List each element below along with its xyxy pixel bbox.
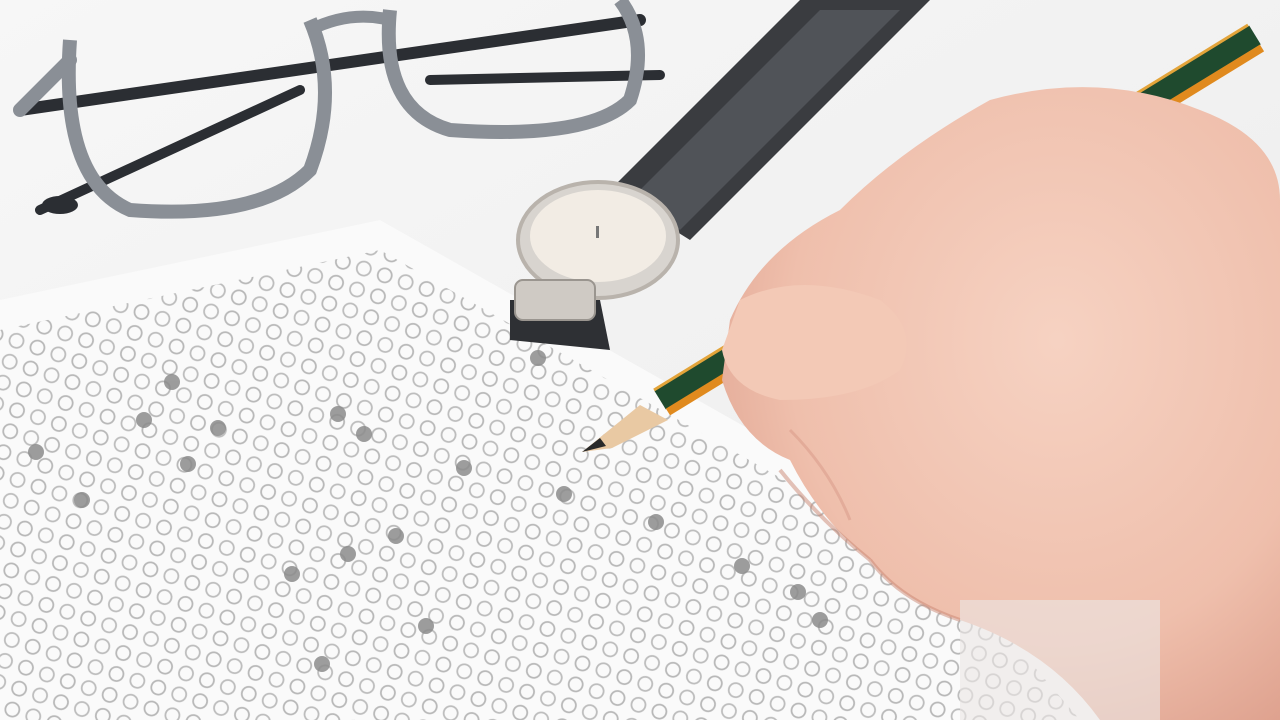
photo-scene	[0, 0, 1280, 720]
photo-illustration	[0, 0, 1280, 720]
